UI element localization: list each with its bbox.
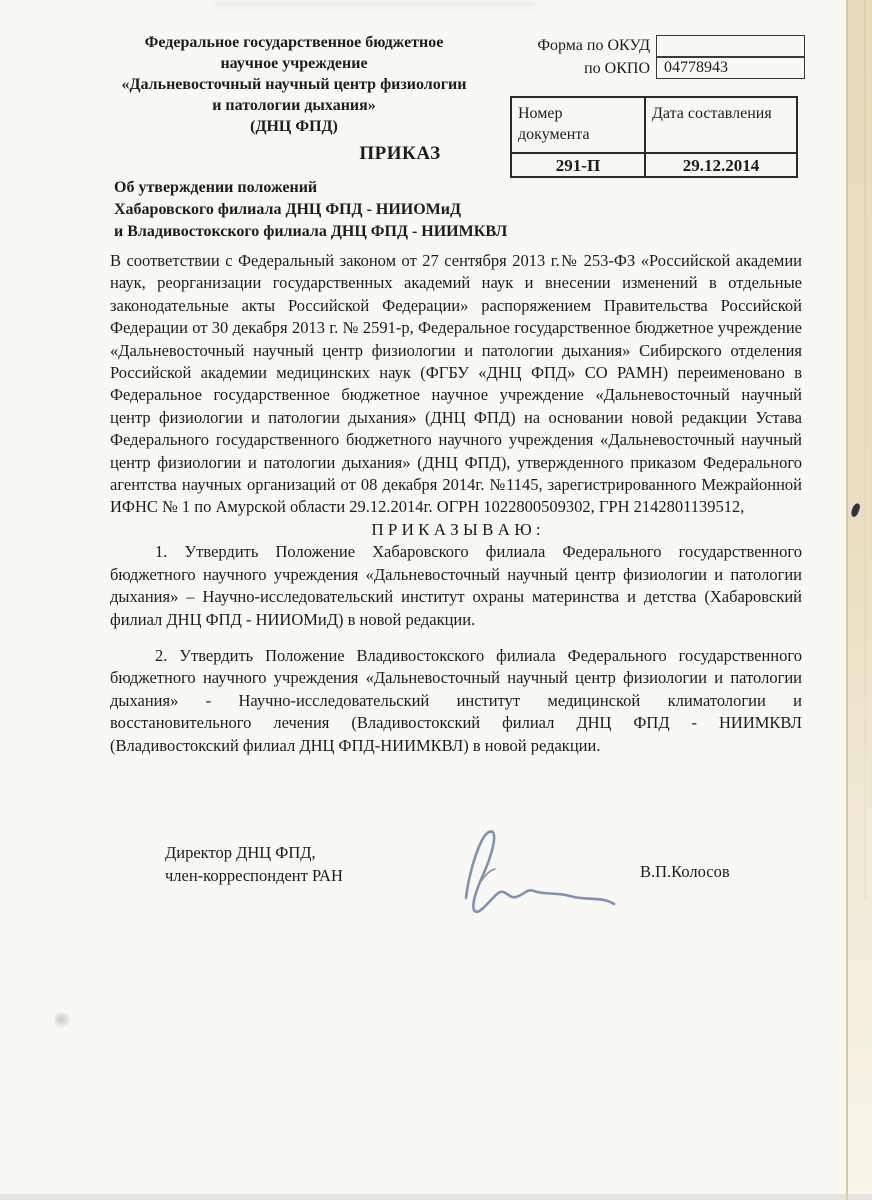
order-item-1: 1. Утвердить Положение Хабаровского фили… — [110, 541, 802, 631]
document-subject-block: Об утверждении положений Хабаровского фи… — [114, 177, 674, 243]
subject-line: Хабаровского филиала ДНЦ ФПД - НИИОМиД — [114, 199, 674, 221]
organization-name-block: Федеральное государственное бюджетное на… — [78, 32, 510, 137]
signatory-position-block: Директор ДНЦ ФПД, член-корреспондент РАН — [165, 841, 343, 887]
document-body: В соответствии с Федеральный законом от … — [110, 250, 802, 757]
signatory-name: В.П.Колосов — [640, 862, 730, 882]
table-row-divider — [512, 152, 796, 154]
resolution-heading: П Р И К А З Ы В А Ю : — [110, 519, 802, 541]
document-number-date-table: Номер документа Дата составления 291-П 2… — [510, 96, 798, 178]
preamble-paragraph: В соответствии с Федеральный законом от … — [110, 250, 802, 519]
subject-line: и Владивостокского филиала ДНЦ ФПД - НИИ… — [114, 221, 674, 243]
signatory-position-line: Директор ДНЦ ФПД, — [165, 841, 343, 864]
org-line: и патологии дыхания» — [78, 95, 510, 116]
table-header-date: Дата составления — [646, 101, 804, 126]
org-line: научное учреждение — [78, 53, 510, 74]
smudge-mark — [55, 1013, 71, 1029]
handwritten-signature — [452, 822, 622, 922]
scan-shadow-bottom — [0, 1194, 872, 1200]
doc-number-value: 291-П — [512, 155, 644, 177]
scan-edge-strip — [846, 0, 872, 1200]
subject-line: Об утверждении положений — [114, 177, 674, 199]
okud-value-box — [656, 35, 805, 57]
org-line: (ДНЦ ФПД) — [78, 116, 510, 137]
okpo-value-box: 04778943 — [656, 57, 805, 79]
document-title: ПРИКАЗ — [280, 143, 520, 165]
scanned-document-page: Федеральное государственное бюджетное на… — [0, 0, 872, 1200]
org-line: Федеральное государственное бюджетное — [78, 32, 510, 53]
org-line: «Дальневосточный научный центр физиологи… — [78, 74, 510, 95]
doc-date-value: 29.12.2014 — [646, 155, 796, 177]
okud-label: Форма по ОКУД — [500, 37, 650, 55]
table-header-doc-number: Номер документа — [512, 101, 644, 147]
scan-edge-line — [864, 0, 866, 900]
signatory-position-line: член-корреспондент РАН — [165, 864, 343, 887]
scan-noise-top — [215, 1, 535, 8]
okpo-label: по ОКПО — [500, 60, 650, 78]
order-item-2: 2. Утвердить Положение Владивостокского … — [110, 645, 802, 757]
